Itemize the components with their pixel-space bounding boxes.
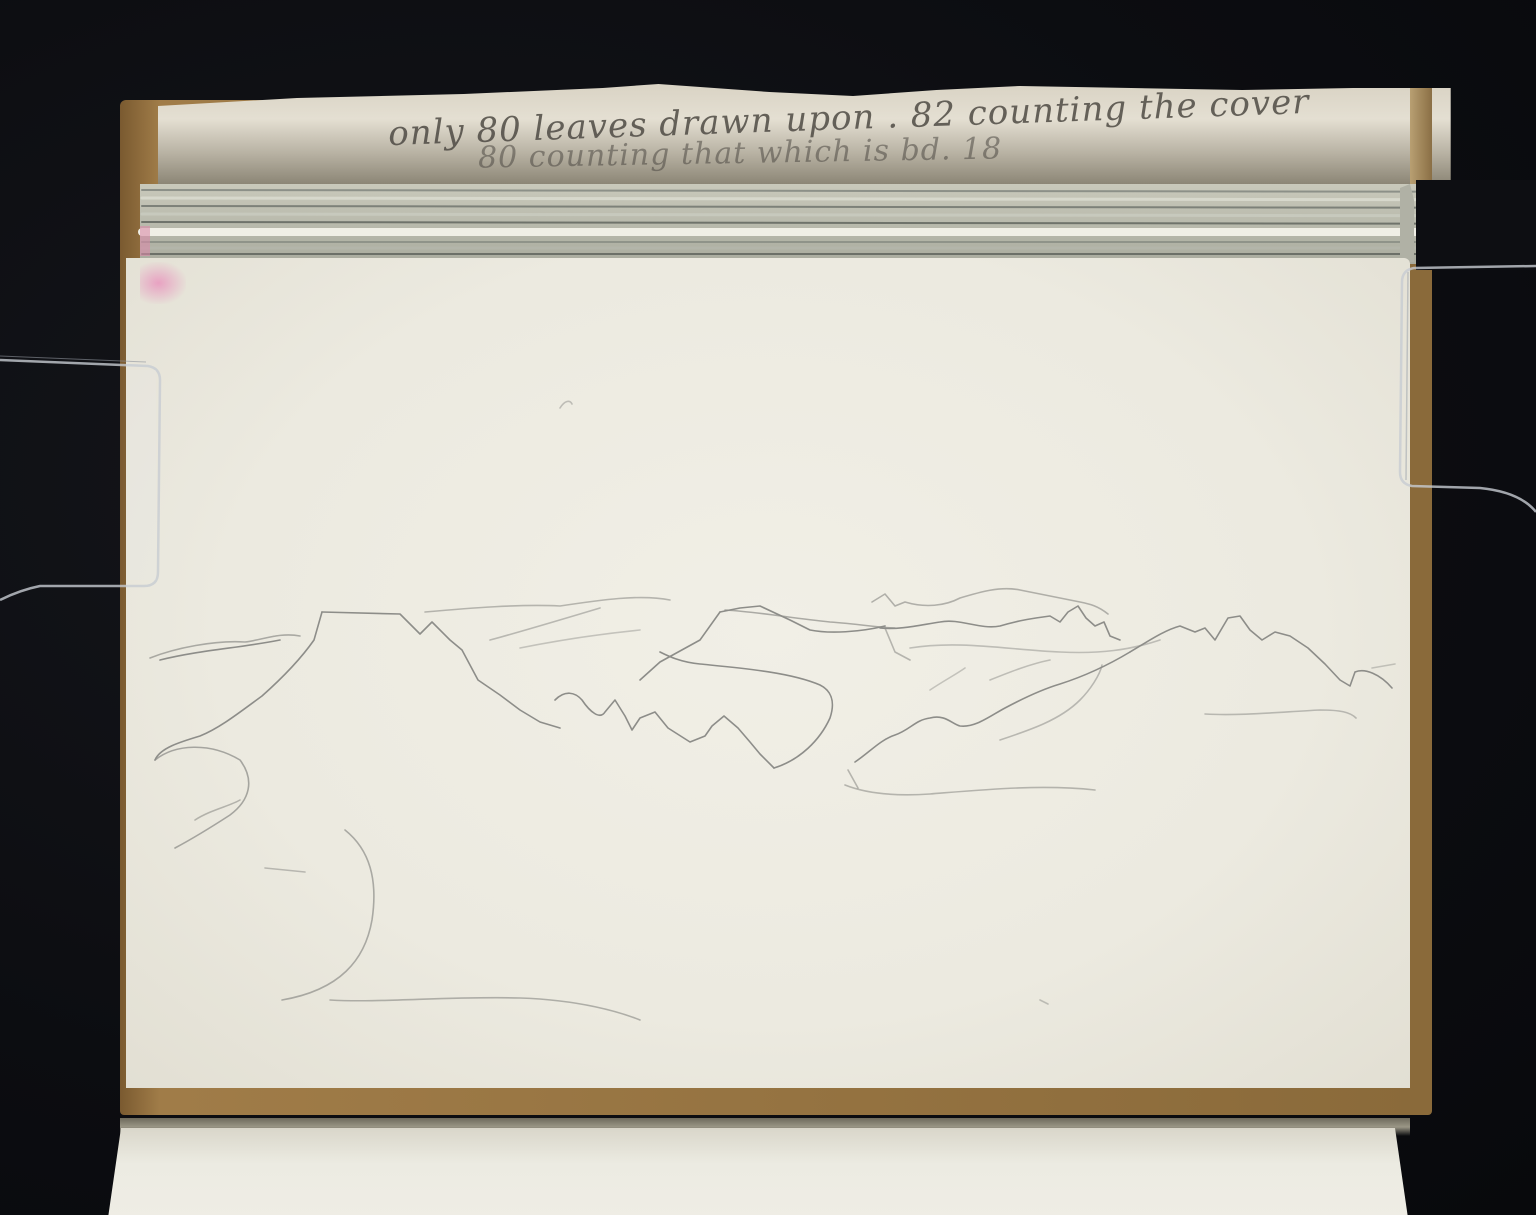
right-page-clip	[1400, 266, 1536, 512]
page-clips	[0, 0, 1536, 1215]
left-page-clip	[0, 356, 160, 600]
sketchbook-photo: only 80 leaves drawn upon . 82 counting …	[0, 0, 1536, 1215]
